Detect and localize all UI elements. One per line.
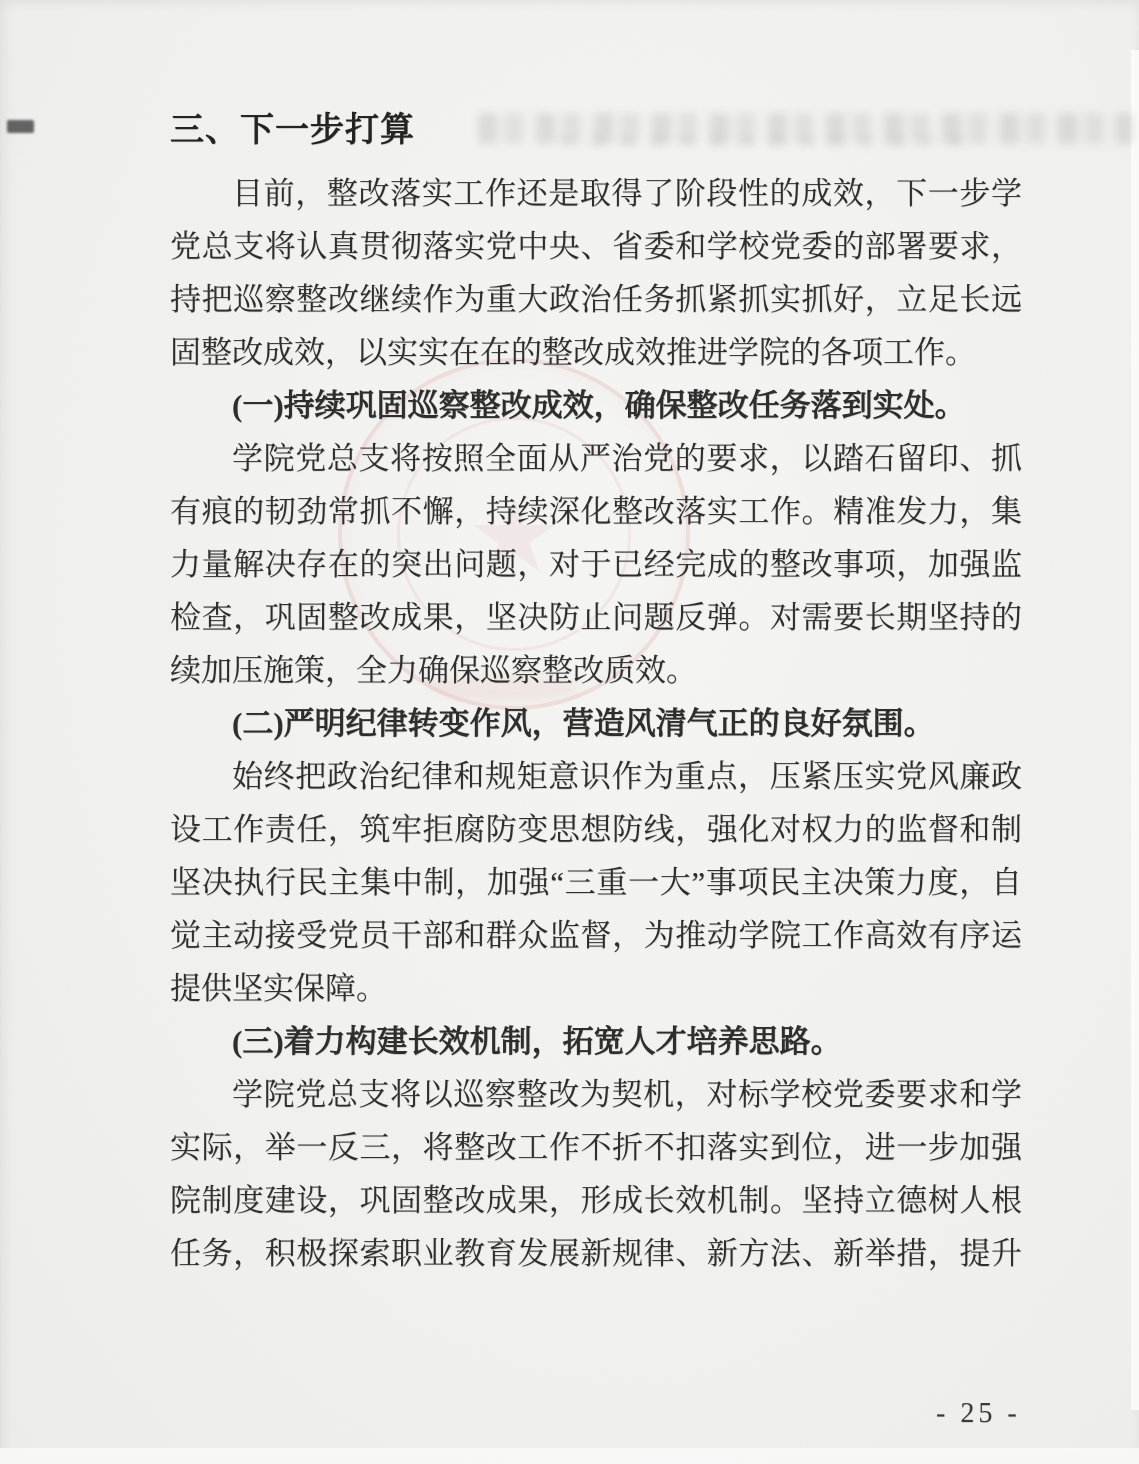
text-line: 觉主动接受党员干部和群众监督，为推动学院工作高效有序运转: [170, 909, 1022, 962]
section-subheading: (二)严明纪律转变作风，营造风清气正的良好氛围。: [170, 697, 1022, 750]
text-line: 有痕的韧劲常抓不懈，持续深化整改落实工作。精准发力，集中: [170, 485, 1022, 538]
scan-edge-bottom: [0, 1448, 1139, 1464]
text-line: 院制度建设，巩固整改成果，形成长效机制。坚持立德树人根本: [170, 1174, 1022, 1227]
text-line: 学院党总支将以巡察整改为契机，对标学校党委要求和学院: [170, 1068, 1022, 1121]
text-line: 实际，举一反三，将整改工作不折不扣落实到位，进一步加强学: [170, 1121, 1022, 1174]
scanned-document-page: 三、下一步打算目前，整改落实工作还是取得了阶段性的成效，下一步学院党总支将认真贯…: [0, 0, 1139, 1464]
text-line: 目前，整改落实工作还是取得了阶段性的成效，下一步学院: [170, 167, 1022, 220]
text-line: 续加压施策，全力确保巡察整改质效。: [170, 644, 1022, 697]
text-line: 提供坚实保障。: [170, 962, 1022, 1015]
text-line: 设工作责任，筑牢拒腐防变思想防线，强化对权力的监督和制约，: [170, 803, 1022, 856]
text-line: 检查，巩固整改成果，坚决防止问题反弹。对需要长期坚持的继: [170, 591, 1022, 644]
text-line: 坚决执行民主集中制，加强“三重一大”事项民主决策力度，自: [170, 856, 1022, 909]
text-line: 固整改成效，以实实在在的整改成效推进学院的各项工作。: [170, 326, 1022, 379]
text-line: 持把巡察整改继续作为重大政治任务抓紧抓实抓好，立足长远巩: [170, 273, 1022, 326]
page-number: - 25 -: [936, 1398, 1021, 1430]
document-body: 三、下一步打算目前，整改落实工作还是取得了阶段性的成效，下一步学院党总支将认真贯…: [170, 104, 1022, 1280]
text-line: 党总支将认真贯彻落实党中央、省委和学校党委的部署要求，坚: [170, 220, 1022, 273]
document-heading: 三、下一步打算: [170, 104, 1022, 157]
text-line: 力量解决存在的突出问题，对于已经完成的整改事项，加强监督: [170, 538, 1022, 591]
text-line: 学院党总支将按照全面从严治党的要求，以踏石留印、抓铁: [170, 432, 1022, 485]
section-subheading: (一)持续巩固巡察整改成效，确保整改任务落到实处。: [170, 379, 1022, 432]
text-line: 始终把政治纪律和规矩意识作为重点，压紧压实党风廉政建: [170, 750, 1022, 803]
section-subheading: (三)着力构建长效机制，拓宽人才培养思路。: [170, 1015, 1022, 1068]
scan-edge-right: [1131, 50, 1139, 1410]
text-line: 任务，积极探索职业教育发展新规律、新方法、新举措，提升教: [170, 1227, 1022, 1280]
left-edge-ink-mark: [7, 120, 34, 133]
